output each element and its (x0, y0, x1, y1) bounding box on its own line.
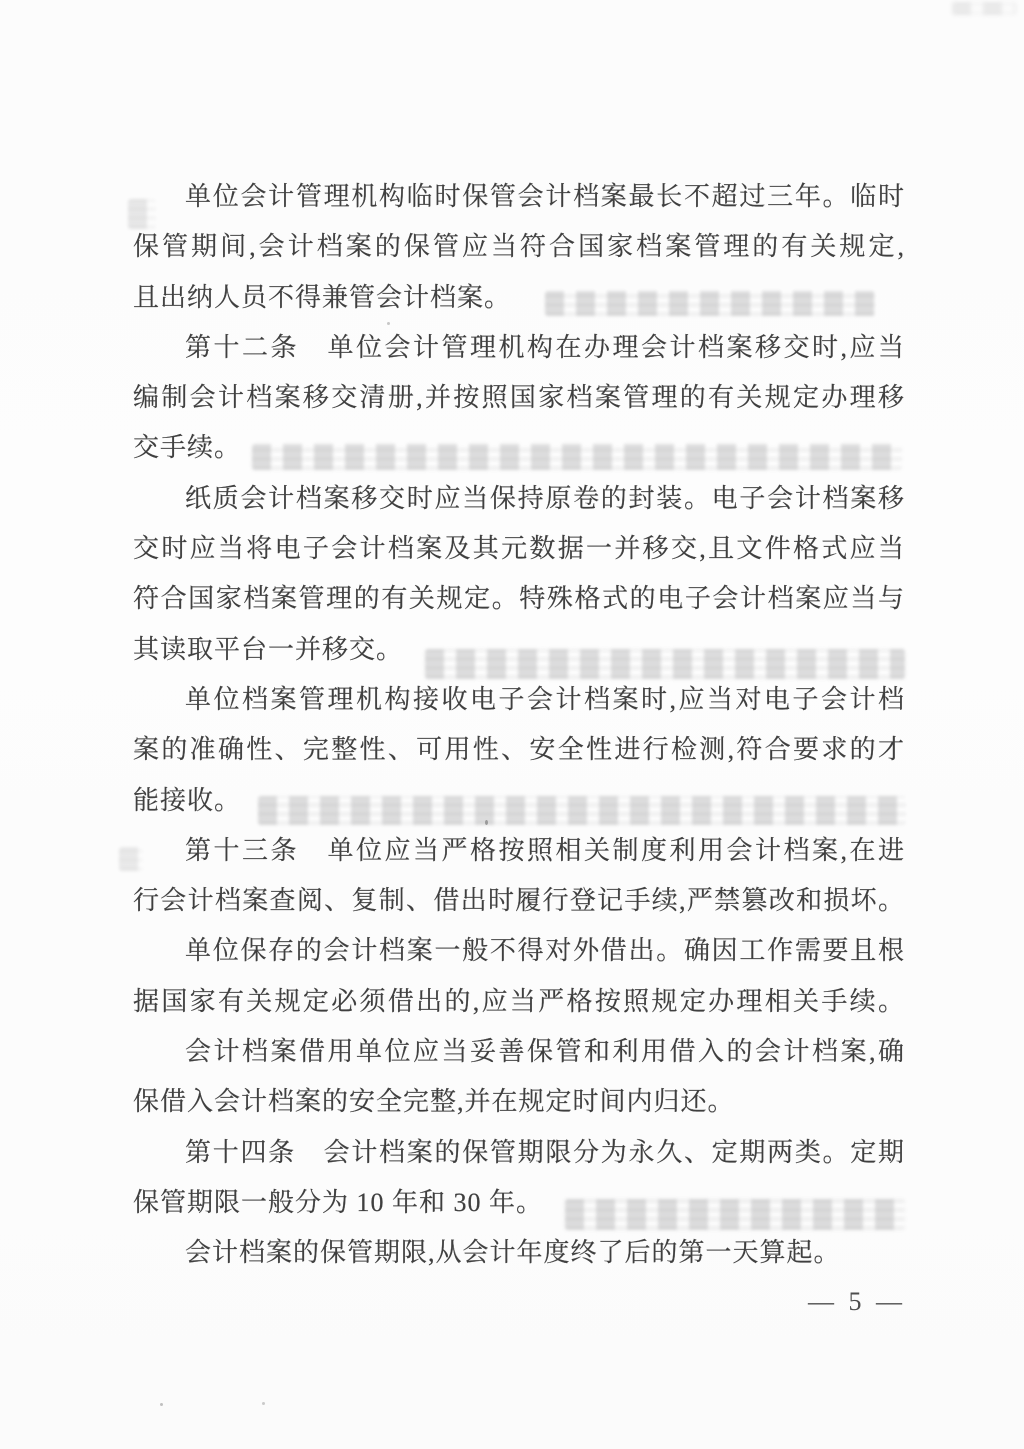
scan-speck (160, 1403, 163, 1406)
document-line article-12-heading-line: 第十二条 单位会计管理机构在办理会计档案移交时,应当 (133, 323, 905, 373)
document-line: 会计档案借用单位应当妥善保管和利用借入的会计档案,确 (133, 1027, 905, 1077)
document-line: 案的准确性、完整性、可用性、安全性进行检测,符合要求的才 (133, 725, 905, 775)
document-line article-13-heading-line: 第十三条 单位应当严格按照相关制度利用会计档案,在进 (133, 826, 905, 876)
document-line: 保管期间,会计档案的保管应当符合国家档案管理的有关规定, (133, 222, 905, 272)
document-line: 保借入会计档案的安全完整,并在规定时间内归还。 (133, 1077, 905, 1127)
document-line: 编制会计档案移交清册,并按照国家档案管理的有关规定办理移 (133, 373, 905, 423)
document-line: 交时应当将电子会计档案及其元数据一并移交,且文件格式应当 (133, 524, 905, 574)
scan-speck (387, 322, 390, 325)
bleed-through-artifact (425, 649, 905, 679)
bleed-through-artifact (258, 796, 906, 825)
document-line article-14-heading-line: 第十四条 会计档案的保管期限分为永久、定期两类。定期 (133, 1128, 905, 1178)
document-line: 单位档案管理机构接收电子会计档案时,应当对电子会计档 (133, 675, 905, 725)
bleed-through-artifact (565, 1199, 905, 1230)
scan-edge-smudge (952, 2, 1016, 15)
document-line: 单位会计管理机构临时保管会计档案最长不超过三年。临时 (133, 172, 905, 222)
bleed-through-artifact (252, 444, 902, 470)
scan-speck (485, 820, 488, 825)
bleed-through-artifact (119, 847, 143, 871)
document-line: 纸质会计档案移交时应当保持原卷的封装。电子会计档案移 (133, 474, 905, 524)
document-line: 行会计档案查阅、复制、借出时履行登记手续,严禁篡改和损坏。 (133, 876, 905, 926)
scan-speck (262, 1402, 265, 1405)
document-line: 单位保存的会计档案一般不得对外借出。确因工作需要且根 (133, 926, 905, 976)
bleed-through-artifact (128, 199, 156, 229)
document-body: 单位会计管理机构临时保管会计档案最长不超过三年。临时 保管期间,会计档案的保管应… (133, 172, 905, 1279)
document-line: 据国家有关规定必须借出的,应当严格按照规定办理相关手续。 (133, 977, 905, 1027)
bleed-through-artifact (545, 291, 875, 316)
document-line: 符合国家档案管理的有关规定。特殊格式的电子会计档案应当与 (133, 574, 905, 624)
scanned-document-page: 单位会计管理机构临时保管会计档案最长不超过三年。临时 保管期间,会计档案的保管应… (0, 0, 1024, 1449)
page-number: — 5 — (808, 1282, 918, 1322)
document-line: 会计档案的保管期限,从会计年度终了后的第一天算起。 (133, 1228, 905, 1278)
